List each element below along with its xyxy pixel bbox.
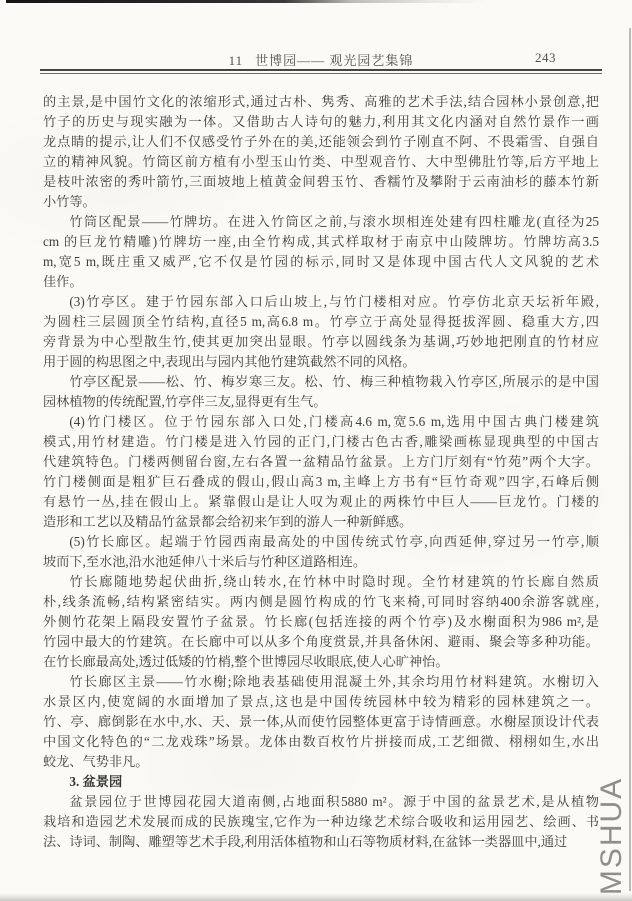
header-rule-thin (40, 73, 602, 74)
text-line: 竹长廊区主景——竹水榭;除地表基础使用混凝土外,其余均用竹材料建筑。水榭切入 (43, 672, 599, 692)
text-line: 外侧竹花架上隔段安置竹子盆景。竹长廊(包括连接的两个竹亭)及水榭面积为986 m… (43, 612, 599, 632)
header-rule-thick (40, 69, 602, 71)
text-line: 模式,用竹材建造。竹门楼是进入竹园的正门,门楼古色古香,雕梁画栋显现典型的中国古 (43, 432, 599, 452)
text-line: (3)竹亭区。建于竹园东部入口后山坡上,与竹门楼相对应。竹亭仿北京天坛祈年殿, (43, 292, 599, 312)
text-line: 立的精神风貌。竹筒区前方植有小型玉山竹类、中型观音竹、大中型佛肚竹等,后方平地上 (43, 152, 599, 172)
paragraph: (5)竹长廊区。起端于竹园西南最高处的中国传统式竹亭,向西延伸,穿过另一竹亭,顺… (43, 532, 599, 572)
text-line: 栽培和造园艺术发展而成的民族瑰宝,它作为一种边缘艺术综合吸收和运用园艺、绘画、书 (43, 812, 599, 832)
text-line: 旁背景为中心型散生竹,使其更加突出显眼。竹亭以圆线条为基调,巧妙地把刚直的竹材应 (43, 332, 599, 352)
paragraph: (3)竹亭区。建于竹园东部入口后山坡上,与竹门楼相对应。竹亭仿北京天坛祈年殿,为… (43, 292, 599, 372)
text-line: 竹园中最大的竹建筑。在长廊中可以从多个角度赏景,并具备休闲、避雨、聚会等多种功能… (43, 632, 599, 652)
text-line: 是枝叶浓密的秀叶箭竹,三面坡地上植黄金间碧玉竹、香糯竹及攀附于云南油杉的藤本竹新 (43, 172, 599, 192)
text-line: m,宽5 m,既庄重又威严,它不仅是竹园的标示,同时又是体现中国古代人文风貌的艺… (43, 252, 599, 272)
text-line: 佳作。 (43, 272, 599, 292)
page-number: 243 (535, 50, 556, 66)
text-line: 中国文化特色的“二龙戏珠”场景。龙体由数百枚竹片拼接而成,工艺细微、栩栩如生,水… (43, 732, 599, 752)
paragraph: 的主景,是中国竹文化的浓缩形式,通过古朴、隽秀、高雅的艺术手法,结合园林小景创意… (43, 92, 599, 212)
text-line: 代建筑特色。门楼两侧留台窗,左右各置一盆精品竹盆景。上方门厅刻有“竹苑”两个大字… (43, 452, 599, 472)
text-line: 法、诗词、制陶、雕塑等艺术手段,利用活体植物和山石等物质材料,在盆钵一类器皿中,… (43, 832, 599, 852)
paragraph: 盆景园位于世博园花园大道南侧,占地面积5880 m²。源于中国的盆景艺术,是从植… (43, 792, 599, 852)
text-line: 竹筒区配景——竹牌坊。在进入竹筒区之前,与滚水坝相连处建有四柱雕龙(直径为25 (43, 212, 599, 232)
text-line: 盆景园位于世博园花园大道南侧,占地面积5880 m²。源于中国的盆景艺术,是从植… (43, 792, 599, 812)
text-line: 竹子的历史与现实融为一体。又借助古人诗句的魅力,利用其文化内涵对自然竹景作一画 (43, 112, 599, 132)
text-line: 蛟龙、气势非凡。 (43, 752, 599, 772)
chapter-number: 11 (229, 53, 244, 68)
scan-artifact-bottom-shadow (0, 893, 632, 901)
text-line: 用于圆的构思图之中,表现出与园内其他竹建筑截然不同的风格。 (43, 352, 599, 372)
text-line: 园林植物的传统配置,竹亭伴三友,显得更有生气。 (43, 392, 599, 412)
text-line: 竹、亭、廊倒影在水中,水、天、景一体,从而使竹园整体更富于诗情画意。水榭屋顶设计… (43, 712, 599, 732)
text-line: 朴,线条流畅,结构紧密结实。两内侧是圆竹构成的竹飞来椅,可同时容纳400余游客就… (43, 592, 599, 612)
scan-artifact-right-edge (629, 28, 631, 891)
paragraph: 竹长廊随地势起伏曲折,绕山转水,在竹林中时隐时现。全竹材建筑的竹长廊自然质朴,线… (43, 572, 599, 672)
text-line: 竹亭区配景——松、竹、梅岁寒三友。松、竹、梅三种植物栽入竹亭区,所展示的是中国 (43, 372, 599, 392)
paragraph: 竹筒区配景——竹牌坊。在进入竹筒区之前,与滚水坝相连处建有四柱雕龙(直径为25c… (43, 212, 599, 292)
watermark-text: MSHUA (595, 777, 629, 895)
paragraph: (4)竹门楼区。位于竹园东部入口处,门楼高4.6 m,宽5.6 m,选用中国古典… (43, 412, 599, 532)
text-line: 竹长廊随地势起伏曲折,绕山转水,在竹林中时隐时现。全竹材建筑的竹长廊自然质 (43, 572, 599, 592)
text-line: 小竹等。 (43, 192, 599, 212)
paragraph: 竹亭区配景——松、竹、梅岁寒三友。松、竹、梅三种植物栽入竹亭区,所展示的是中国园… (43, 372, 599, 412)
running-header: 11世博园—— 观光园艺集锦 243 (40, 50, 602, 68)
text-line: 3. 盆景园 (43, 772, 599, 792)
text-line: (5)竹长廊区。起端于竹园西南最高处的中国传统式竹亭,向西延伸,穿过另一竹亭,顺 (43, 532, 599, 552)
text-line: 有悬竹一丛,挂在假山上。紧靠假山是让人叹为观止的两株竹中巨人——巨龙竹。门楼的 (43, 492, 599, 512)
text-line: 在竹长廊最高处,透过低矮的竹梢,整个世博园尽收眼底,使人心旷神怡。 (43, 652, 599, 672)
chapter-title: 世博园—— 观光园艺集锦 (255, 53, 413, 68)
page-body-text: 的主景,是中国竹文化的浓缩形式,通过古朴、隽秀、高雅的艺术手法,结合园林小景创意… (43, 92, 599, 852)
text-line: 为圆柱三层圆顶全竹结构,直径5 m,高6.8 m。竹亭立于高处显得挺拔浑圆、稳重… (43, 312, 599, 332)
paragraph: 竹长廊区主景——竹水榭;除地表基础使用混凝土外,其余均用竹材料建筑。水榭切入水景… (43, 672, 599, 772)
text-line: 造形和工艺以及精品竹盆景都会给初来乍到的游人一种新鲜感。 (43, 512, 599, 532)
text-line: 水景区内,使宽阔的水面增加了景点,这也是中国传统园林中较为精彩的园林建筑之一。 (43, 692, 599, 712)
text-line: 龙点睛的提示,让人们不仅感受竹子外在的美,还能领会到竹子刚直不阿、不畏霜雪、自强… (43, 132, 599, 152)
text-line: 坡而下,至水池,沿水池延伸八十米后与竹种区道路相连。 (43, 552, 599, 572)
text-line: 竹门楼侧面是粗犷巨石叠成的假山,假山高3 m,主峰上方书有“巨竹奇观”四字,石峰… (43, 472, 599, 492)
text-line: (4)竹门楼区。位于竹园东部入口处,门楼高4.6 m,宽5.6 m,选用中国古典… (43, 412, 599, 432)
running-header-title: 11世博园—— 观光园艺集锦 (40, 50, 602, 69)
section-heading: 3. 盆景园 (43, 772, 599, 792)
scan-artifact-top-line (6, 0, 486, 3)
scanned-book-page: 11世博园—— 观光园艺集锦 243 的主景,是中国竹文化的浓缩形式,通过古朴、… (0, 0, 632, 901)
text-line: 的主景,是中国竹文化的浓缩形式,通过古朴、隽秀、高雅的艺术手法,结合园林小景创意… (43, 92, 599, 112)
text-line: cm 的巨龙竹精雕)竹牌坊一座,由全竹构成,其式样取材于南京中山陵牌坊。竹牌坊高… (43, 232, 599, 252)
